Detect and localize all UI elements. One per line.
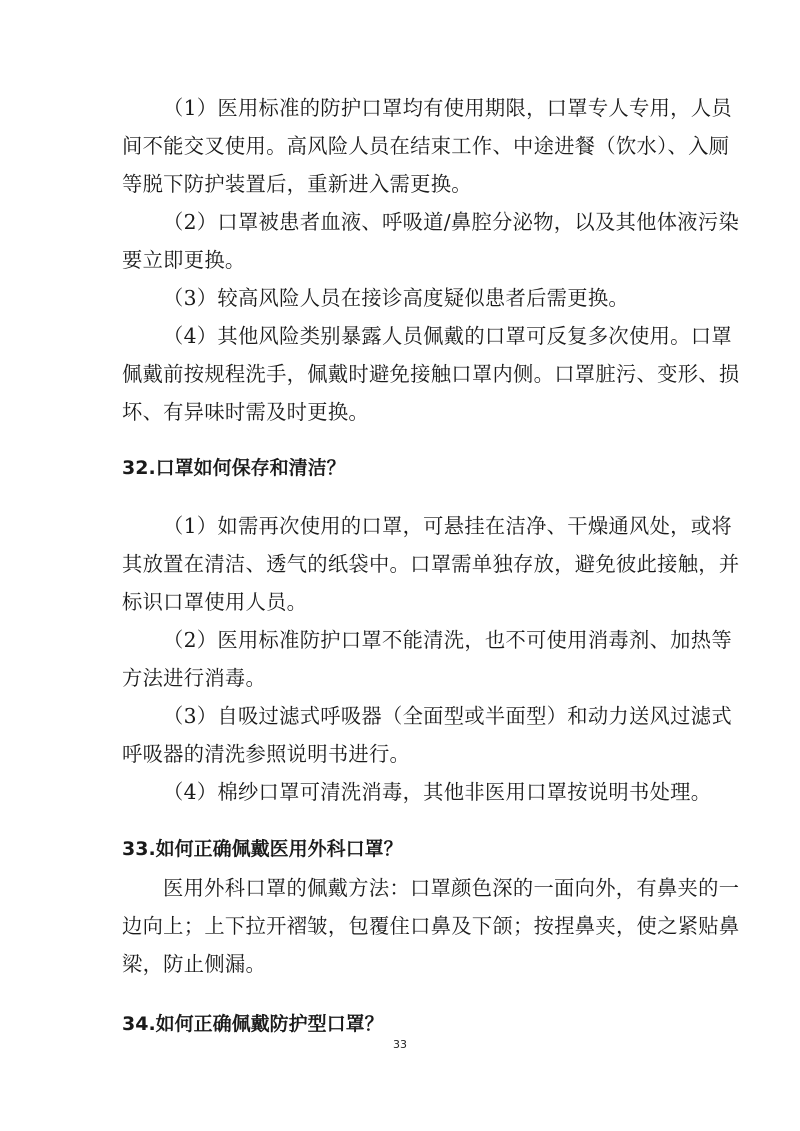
document-page: （1）医用标准的防护口罩均有使用期限，口罩专人专用，人员 间不能交叉使用。高风险… — [0, 0, 800, 1131]
paragraph-line: 边向上；上下拉开褶皱，包覆住口鼻及下颌；按捏鼻夹，使之紧贴鼻 — [122, 914, 682, 938]
paragraph-line: 梁，防止侧漏。 — [122, 952, 682, 976]
paragraph-line: 要立即更换。 — [122, 248, 682, 272]
paragraph-line: （1）如需再次使用的口罩，可悬挂在洁净、干燥通风处，或将 — [163, 514, 683, 538]
paragraph-line: （4）棉纱口罩可清洗消毒，其他非医用口罩按说明书处理。 — [163, 780, 683, 804]
paragraph-line: 坏、有异味时需及时更换。 — [122, 400, 682, 424]
paragraph-line: 其放置在清洁、透气的纸袋中。口罩需单独存放，避免彼此接触，并 — [122, 552, 682, 576]
paragraph-line: （3）自吸过滤式呼吸器（全面型或半面型）和动力送风过滤式 — [163, 704, 683, 728]
paragraph-line: 佩戴前按规程洗手，佩戴时避免接触口罩内侧。口罩脏污、变形、损 — [122, 362, 682, 386]
section-heading-34: 34.如何正确佩戴防护型口罩？ — [122, 1012, 682, 1036]
paragraph-line: 间不能交叉使用。高风险人员在结束工作、中途进餐（饮水）、入厕 — [122, 134, 682, 158]
paragraph-line: 方法进行消毒。 — [122, 666, 682, 690]
paragraph-line: （4）其他风险类别暴露人员佩戴的口罩可反复多次使用。口罩 — [163, 324, 683, 348]
section-heading-33: 33.如何正确佩戴医用外科口罩？ — [122, 837, 682, 861]
paragraph-line: 呼吸器的清洗参照说明书进行。 — [122, 742, 682, 766]
paragraph-line: 等脱下防护装置后，重新进入需更换。 — [122, 172, 682, 196]
paragraph-line: （2）医用标准防护口罩不能清洗，也不可使用消毒剂、加热等 — [163, 628, 683, 652]
section-heading-32: 32.口罩如何保存和清洁？ — [122, 456, 682, 480]
paragraph-line: （1）医用标准的防护口罩均有使用期限，口罩专人专用，人员 — [163, 96, 683, 120]
paragraph-line: 标识口罩使用人员。 — [122, 590, 682, 614]
page-number: 33 — [0, 1038, 800, 1051]
paragraph-line: （3）较高风险人员在接诊高度疑似患者后需更换。 — [163, 286, 683, 310]
paragraph-line: 医用外科口罩的佩戴方法：口罩颜色深的一面向外，有鼻夹的一 — [163, 876, 683, 900]
paragraph-line: （2）口罩被患者血液、呼吸道/鼻腔分泌物，以及其他体液污染 — [163, 210, 683, 234]
